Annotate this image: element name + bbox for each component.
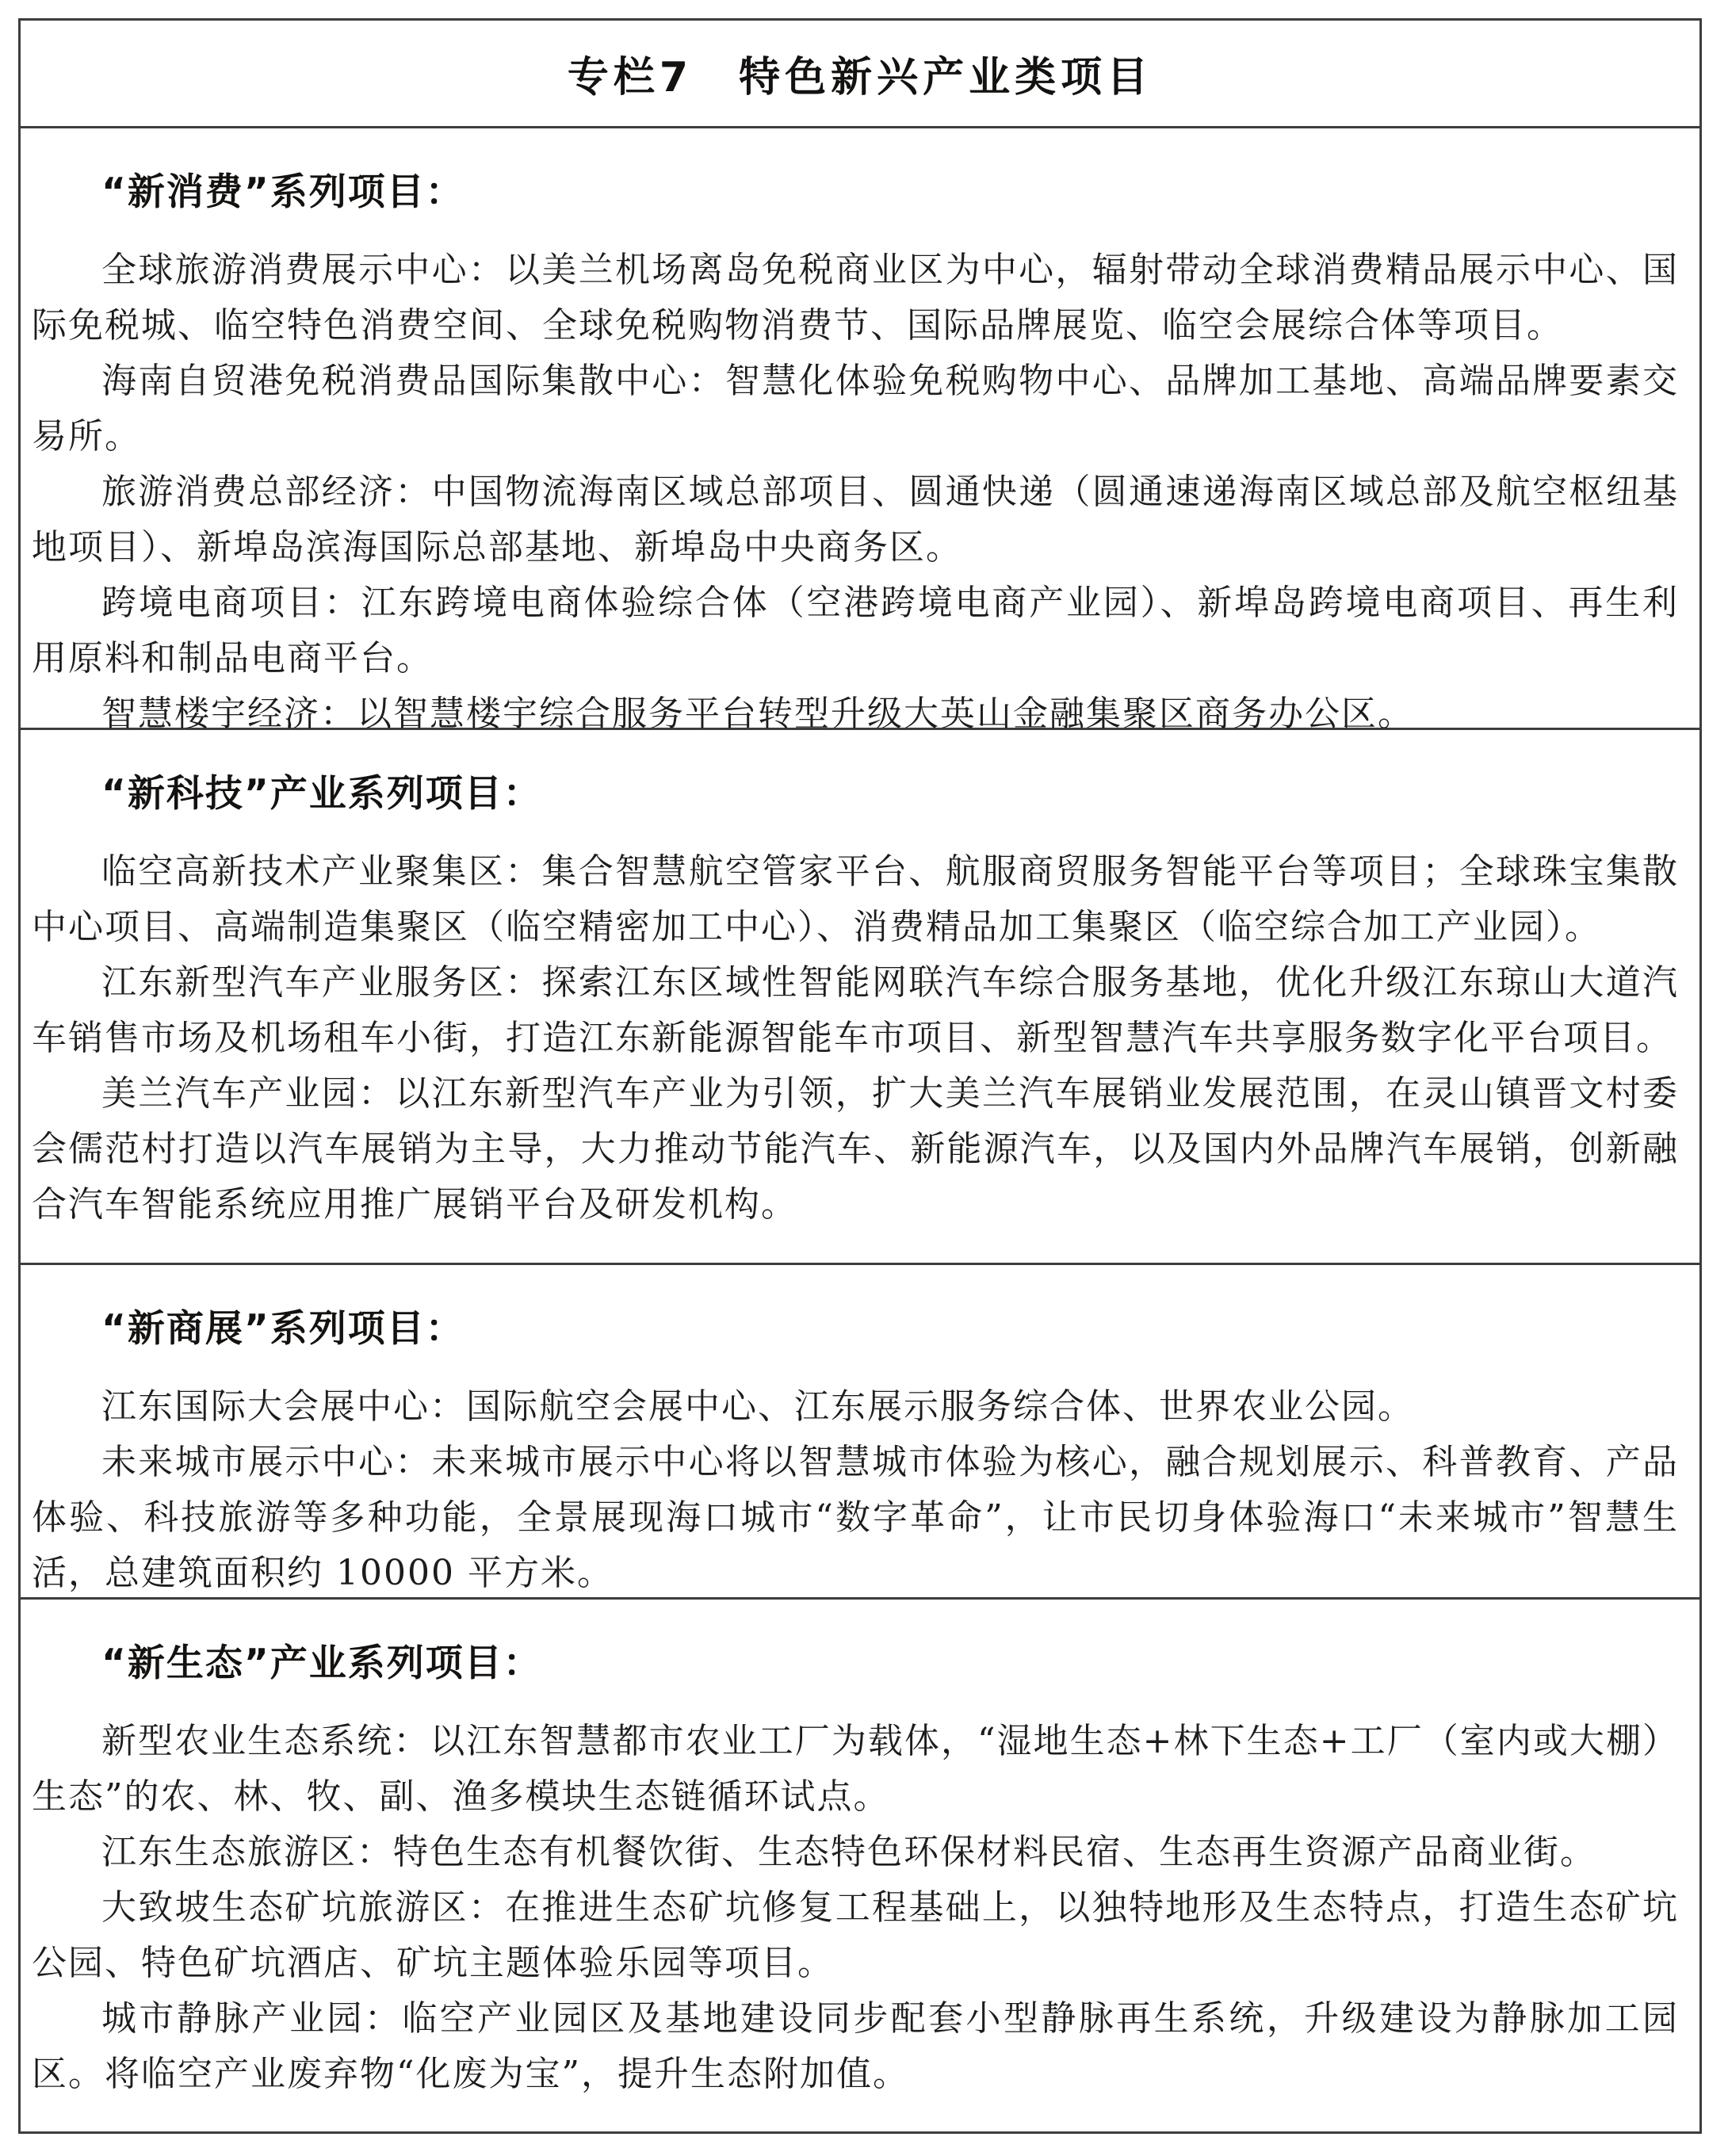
panel-title: 专栏7 特色新兴产业类项目 [568,44,1153,103]
paragraph: 未来城市展示中心：未来城市展示中心将以智慧城市体验为核心，融合规划展示、科普教育… [32,1435,1679,1601]
paragraph: 江东生态旅游区：特色生态有机餐饮街、生态特色环保材料民宿、生态再生资源产品商业街… [32,1825,1679,1880]
section-heading: “新生态”产业系列项目： [32,1641,1679,1687]
paragraph: 全球旅游消费展示中心：以美兰机场离岛免税商业区为中心，辐射带动全球消费精品展示中… [32,243,1679,354]
section-new-exhibition: “新商展”系列项目： 江东国际大会展中心：国际航空会展中心、江东展示服务综合体、… [21,1265,1699,1600]
paragraph: 江东新型汽车产业服务区：探索江东区域性智能网联汽车综合服务基地，优化升级江东琼山… [32,955,1679,1066]
column-box-panel: 专栏7 特色新兴产业类项目 “新消费”系列项目： 全球旅游消费展示中心：以美兰机… [18,18,1702,2134]
panel-title-row: 专栏7 特色新兴产业类项目 [21,21,1699,128]
paragraph: 旅游消费总部经济：中国物流海南区域总部项目、圆通快递（圆通速递海南区域总部及航空… [32,464,1679,575]
paragraph: 海南自贸港免税消费品国际集散中心：智慧化体验免税购物中心、品牌加工基地、高端品牌… [32,354,1679,464]
section-new-technology: “新科技”产业系列项目： 临空高新技术产业聚集区：集合智慧航空管家平台、航服商贸… [21,730,1699,1265]
section-new-ecology: “新生态”产业系列项目： 新型农业生态系统：以江东智慧都市农业工厂为载体，“湿地… [21,1600,1699,2134]
section-heading: “新商展”系列项目： [32,1306,1679,1352]
section-heading: “新科技”产业系列项目： [32,771,1679,817]
section-new-consumption: “新消费”系列项目： 全球旅游消费展示中心：以美兰机场离岛免税商业区为中心，辐射… [21,128,1699,730]
paragraph: 城市静脉产业园：临空产业园区及基地建设同步配套小型静脉再生系统，升级建设为静脉加… [32,1991,1679,2102]
paragraph: 江东国际大会展中心：国际航空会展中心、江东展示服务综合体、世界农业公园。 [32,1379,1679,1435]
paragraph: 临空高新技术产业聚集区：集合智慧航空管家平台、航服商贸服务智能平台等项目；全球珠… [32,844,1679,955]
paragraph: 跨境电商项目：江东跨境电商体验综合体（空港跨境电商产业园）、新埠岛跨境电商项目、… [32,575,1679,686]
paragraph: 美兰汽车产业园：以江东新型汽车产业为引领，扩大美兰汽车展销业发展范围，在灵山镇晋… [32,1066,1679,1233]
paragraph: 新型农业生态系统：以江东智慧都市农业工厂为载体，“湿地生态+林下生态+工厂（室内… [32,1714,1679,1825]
page: { "document": { "title": "专栏7 特色新兴产业类项目"… [0,0,1728,2156]
paragraph: 大致坡生态矿坑旅游区：在推进生态矿坑修复工程基础上，以独特地形及生态特点，打造生… [32,1880,1679,1991]
section-heading: “新消费”系列项目： [32,170,1679,216]
